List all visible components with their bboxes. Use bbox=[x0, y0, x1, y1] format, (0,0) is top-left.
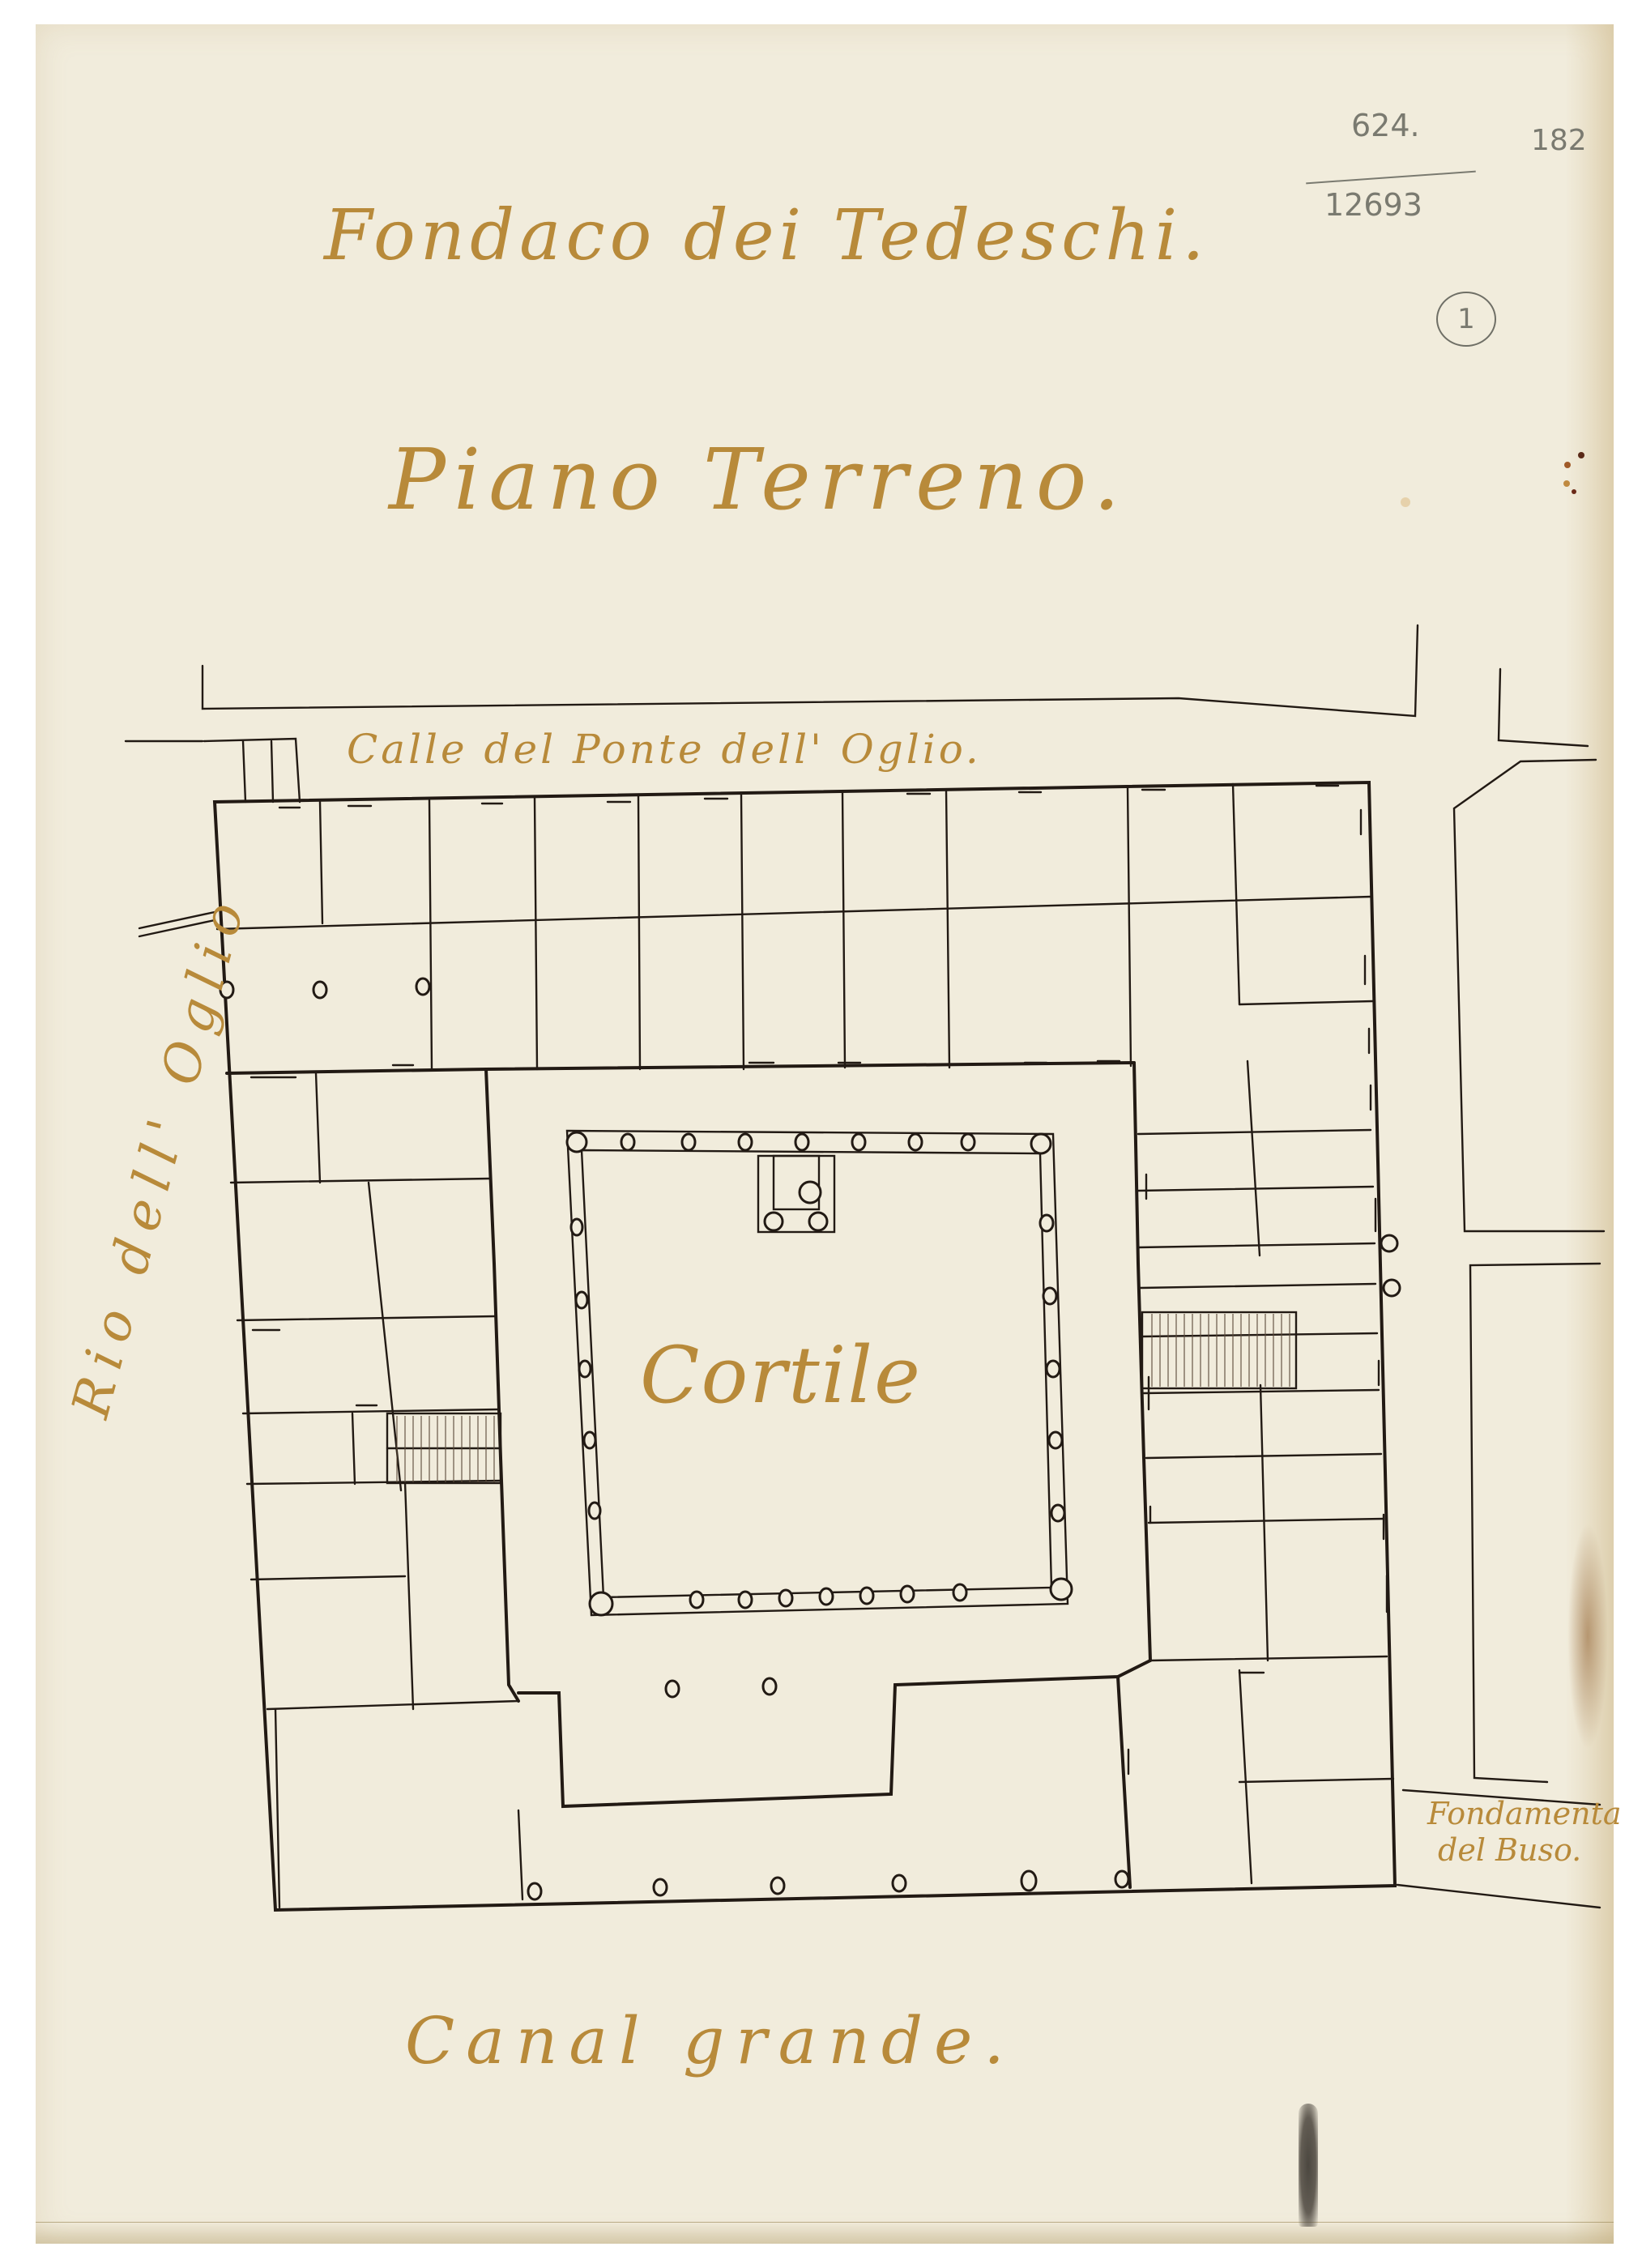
east-staircase bbox=[1142, 1312, 1296, 1388]
north-wing bbox=[217, 784, 1373, 1073]
label-courtyard: Cortile bbox=[640, 1336, 922, 1414]
west-wing bbox=[231, 1069, 518, 1709]
ink-smudge bbox=[1299, 2104, 1318, 2227]
well-head bbox=[758, 1156, 834, 1232]
archive-number-top: 624. bbox=[1351, 110, 1420, 141]
stains bbox=[1401, 452, 1584, 507]
sheet-number-badge: 1 bbox=[1436, 292, 1496, 347]
document-title: Fondaco dei Tedeschi. bbox=[324, 201, 1209, 271]
east-wing bbox=[1134, 1061, 1387, 1660]
archive-number-corner: 182 bbox=[1531, 126, 1587, 156]
sheet-number: 1 bbox=[1457, 305, 1475, 333]
archive-number-bottom: 12693 bbox=[1324, 190, 1422, 220]
west-staircase bbox=[387, 1413, 501, 1483]
street-boundaries bbox=[126, 625, 1604, 1908]
label-quay-right-line2: del Buso. bbox=[1438, 1835, 1581, 1865]
south-wing bbox=[275, 1660, 1393, 1908]
label-canal-bottom: Canal grande. bbox=[405, 2009, 1016, 2074]
water-stain bbox=[1567, 1523, 1608, 1750]
floor-plan bbox=[0, 0, 1642, 2268]
door-symbols bbox=[251, 786, 1387, 1774]
label-street-top: Calle del Ponte dell' Oglio. bbox=[347, 729, 982, 769]
label-quay-right-line1: Fondamenta bbox=[1427, 1798, 1622, 1829]
floor-title: Piano Terreno. bbox=[389, 437, 1128, 522]
